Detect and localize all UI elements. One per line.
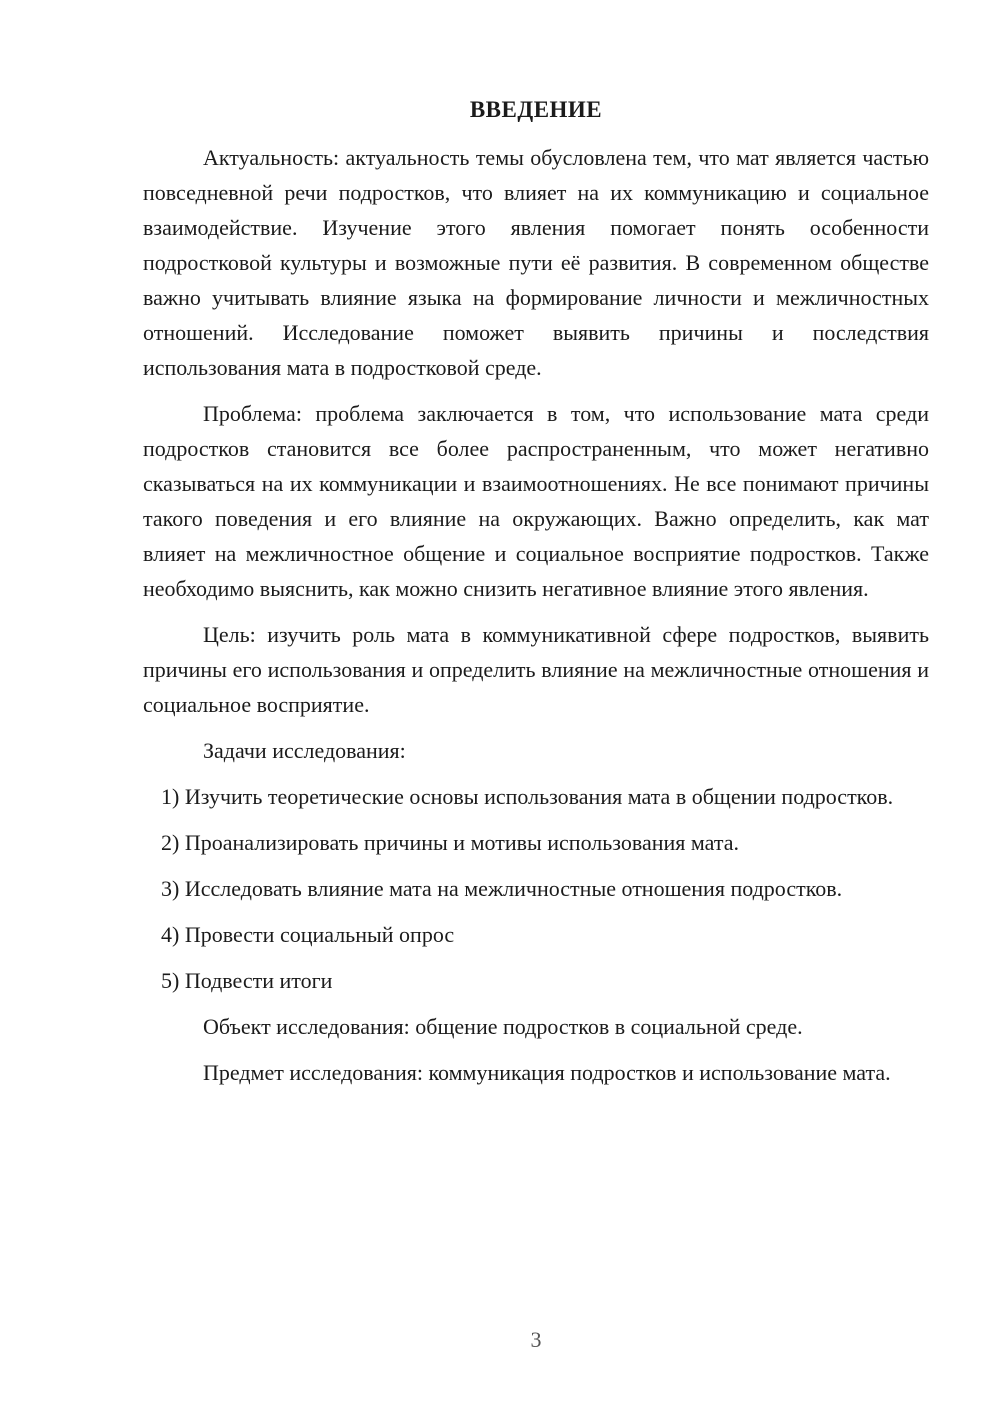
task-item-1: 1) Изучить теоретические основы использо… <box>143 779 929 814</box>
paragraph-relevance: Актуальность: актуальность темы обусловл… <box>143 140 929 385</box>
task-item-3: 3) Исследовать влияние мата на межличнос… <box>143 871 929 906</box>
paragraph-subject: Предмет исследования: коммуникация подро… <box>143 1055 929 1090</box>
paragraph-goal: Цель: изучить роль мата в коммуникативно… <box>143 617 929 722</box>
document-page: ВВЕДЕНИЕ Актуальность: актуальность темы… <box>0 0 1000 1414</box>
task-item-4: 4) Провести социальный опрос <box>143 917 929 952</box>
paragraph-tasks-heading: Задачи исследования: <box>143 733 929 768</box>
task-item-2: 2) Проанализировать причины и мотивы исп… <box>143 825 929 860</box>
task-item-5: 5) Подвести итоги <box>143 963 929 998</box>
paragraph-problem: Проблема: проблема заключается в том, чт… <box>143 396 929 606</box>
page-number: 3 <box>143 1322 929 1357</box>
page-title: ВВЕДЕНИЕ <box>143 92 929 127</box>
paragraph-object: Объект исследования: общение подростков … <box>143 1009 929 1044</box>
